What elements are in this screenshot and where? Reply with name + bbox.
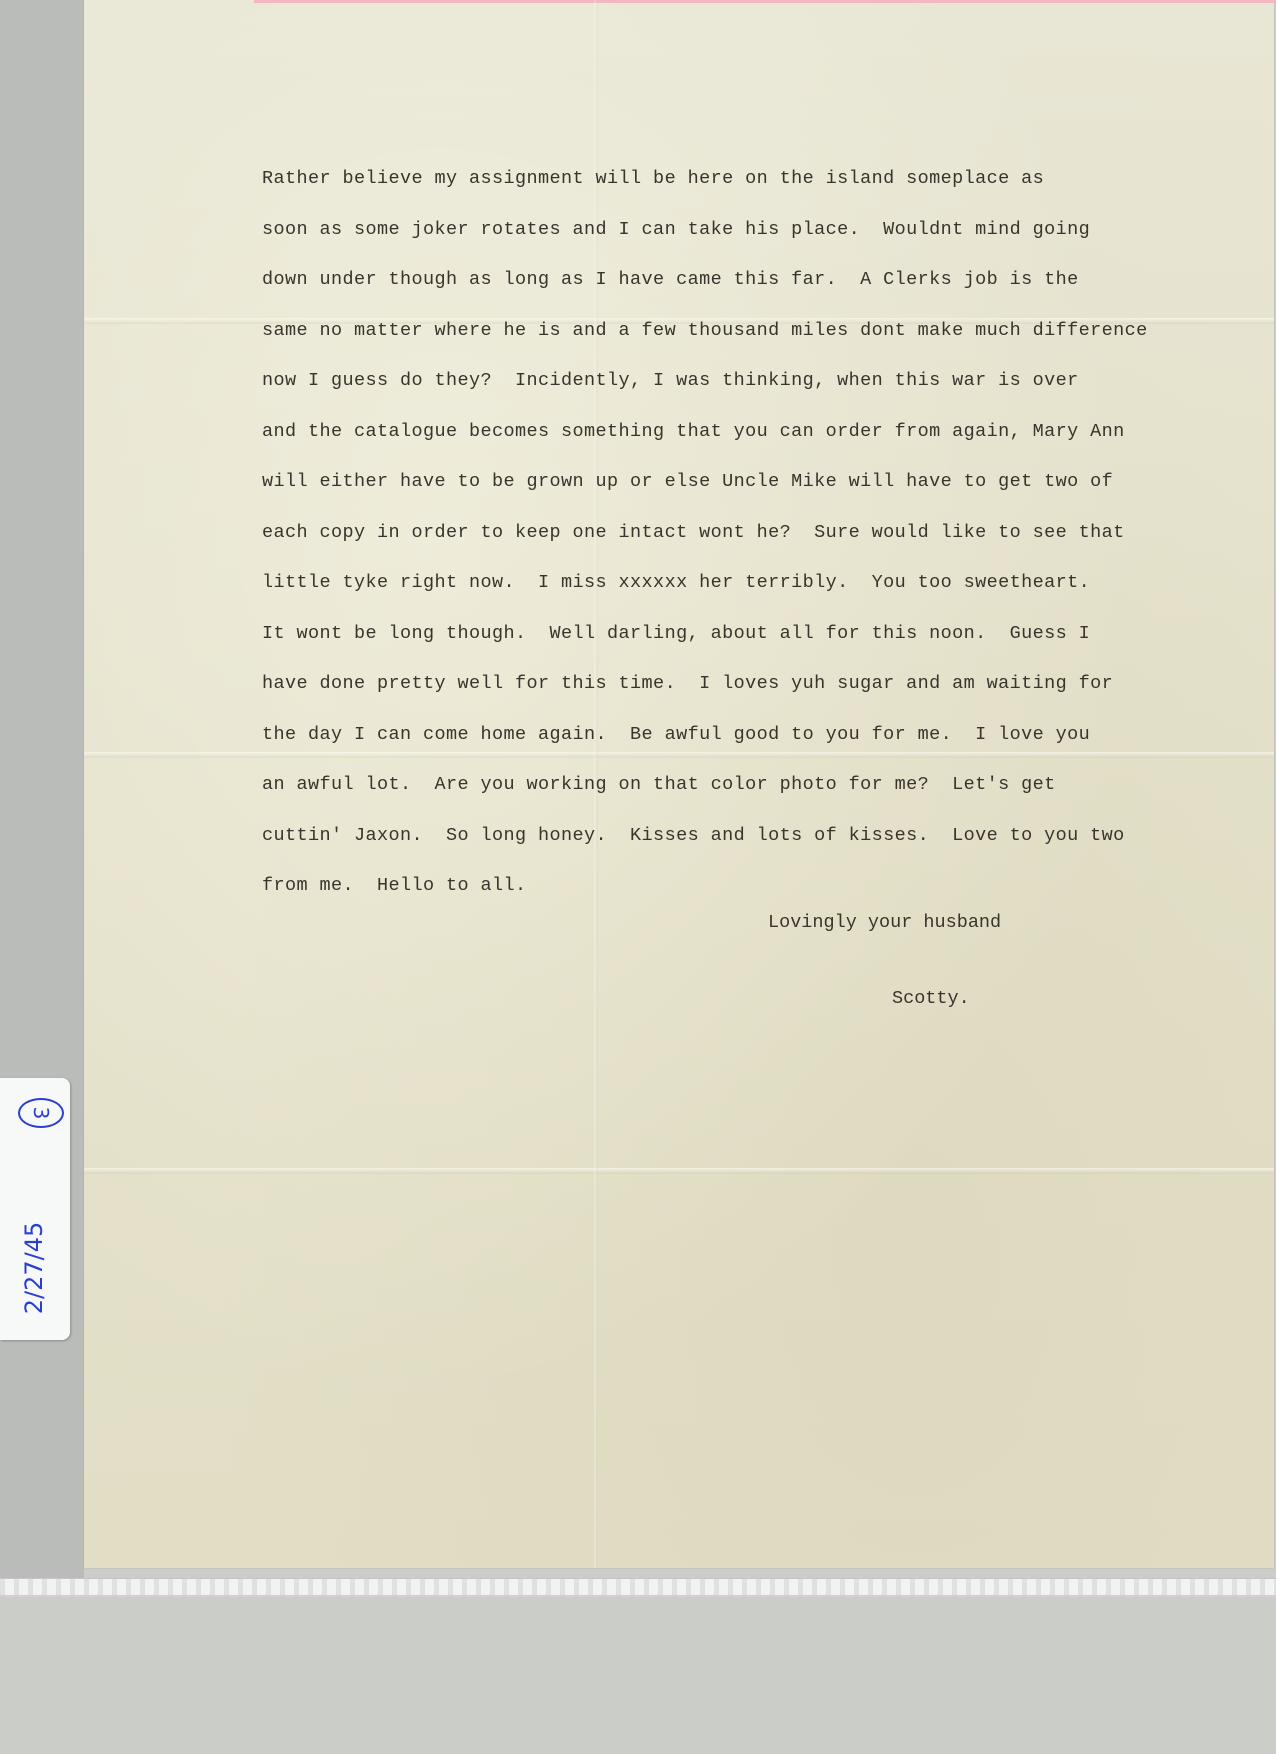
sheet-protector-edge	[0, 1578, 1276, 1597]
page-number-circle: 3	[18, 1098, 64, 1128]
handwritten-date: 2/27/45	[20, 1198, 48, 1338]
letter-line: cuttin' Jaxon. So long honey. Kisses and…	[262, 811, 1262, 862]
letter-line: each copy in order to keep one intact wo…	[262, 508, 1262, 559]
letter-line: down under though as long as I have came…	[262, 255, 1262, 306]
letter-line: little tyke right now. I miss xxxxxx her…	[262, 558, 1262, 609]
letter-line: and the catalogue becomes something that…	[262, 407, 1262, 458]
letter-line: soon as some joker rotates and I can tak…	[262, 205, 1262, 256]
letter-line: have done pretty well for this time. I l…	[262, 659, 1262, 710]
letter-signature: Scotty.	[892, 988, 970, 1009]
scanner-background	[0, 0, 84, 1580]
letter-line: will either have to be grown up or else …	[262, 457, 1262, 508]
archive-label-tab: 3 2/27/45	[0, 1078, 70, 1340]
letter-page: Rather believe my assignment will be her…	[84, 0, 1274, 1568]
letter-line: It wont be long though. Well darling, ab…	[262, 609, 1262, 660]
letter-line: an awful lot. Are you working on that co…	[262, 760, 1262, 811]
page-top-edge	[254, 0, 1276, 3]
paper-fold	[84, 1168, 1274, 1174]
letter-line: from me. Hello to all.	[262, 861, 1262, 912]
letter-line: Rather believe my assignment will be her…	[262, 154, 1262, 205]
letter-closing: Lovingly your husband	[768, 912, 1001, 933]
letter-line: the day I can come home again. Be awful …	[262, 710, 1262, 761]
letter-line: now I guess do they? Incidently, I was t…	[262, 356, 1262, 407]
letter-line: same no matter where he is and a few tho…	[262, 306, 1262, 357]
letter-body: Rather believe my assignment will be her…	[262, 154, 1262, 912]
